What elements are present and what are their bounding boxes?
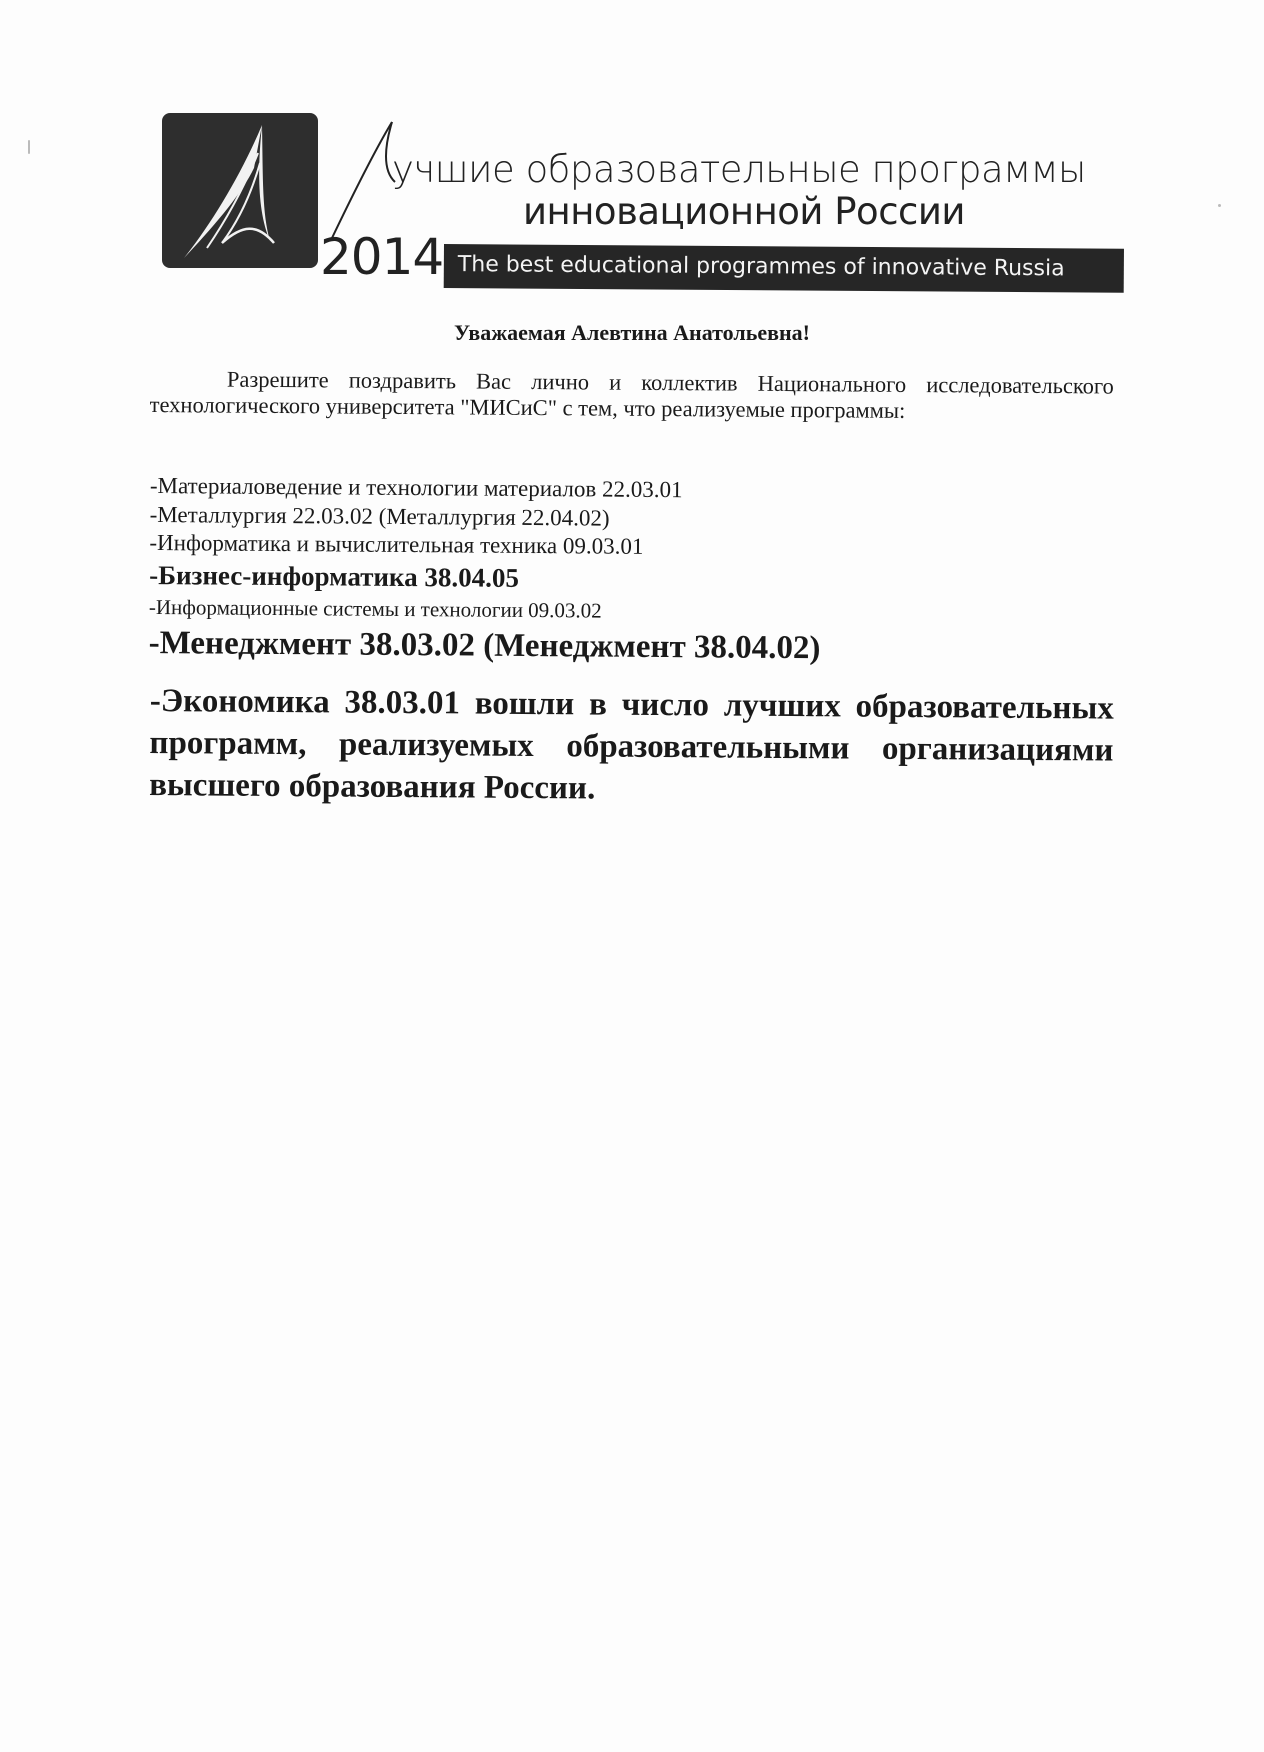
- english-title-band: The best educational programmes of innov…: [444, 244, 1124, 293]
- english-title: The best educational programmes of innov…: [458, 252, 1065, 281]
- letter-conclusion: -Экономика 38.03.01 вошли в число лучших…: [149, 680, 1114, 814]
- intro-text: Разрешите поздравить Вас лично и коллект…: [150, 366, 1114, 426]
- rocket-wing-icon: [162, 113, 318, 268]
- program-item: -Менеджмент 38.03.02 (Менеджмент 38.04.0…: [148, 621, 1112, 671]
- scan-speck: [1218, 204, 1221, 207]
- program-list: -Материаловедение и технологии материало…: [148, 472, 1113, 671]
- competition-title-line1: учшие образовательные программы: [392, 148, 1086, 191]
- conclusion-text: -Экономика 38.03.01 вошли в число лучших…: [149, 680, 1114, 814]
- competition-year: 2014: [320, 228, 443, 286]
- competition-title-line2: инновационной России: [523, 190, 965, 233]
- letter-greeting: Уважаемая Алевтина Анатольевна!: [150, 320, 1114, 346]
- logo-swoosh-icon: [330, 120, 400, 240]
- letter-intro: Разрешите поздравить Вас лично и коллект…: [150, 366, 1114, 426]
- scan-speck: [28, 140, 30, 154]
- competition-logo: [162, 113, 318, 268]
